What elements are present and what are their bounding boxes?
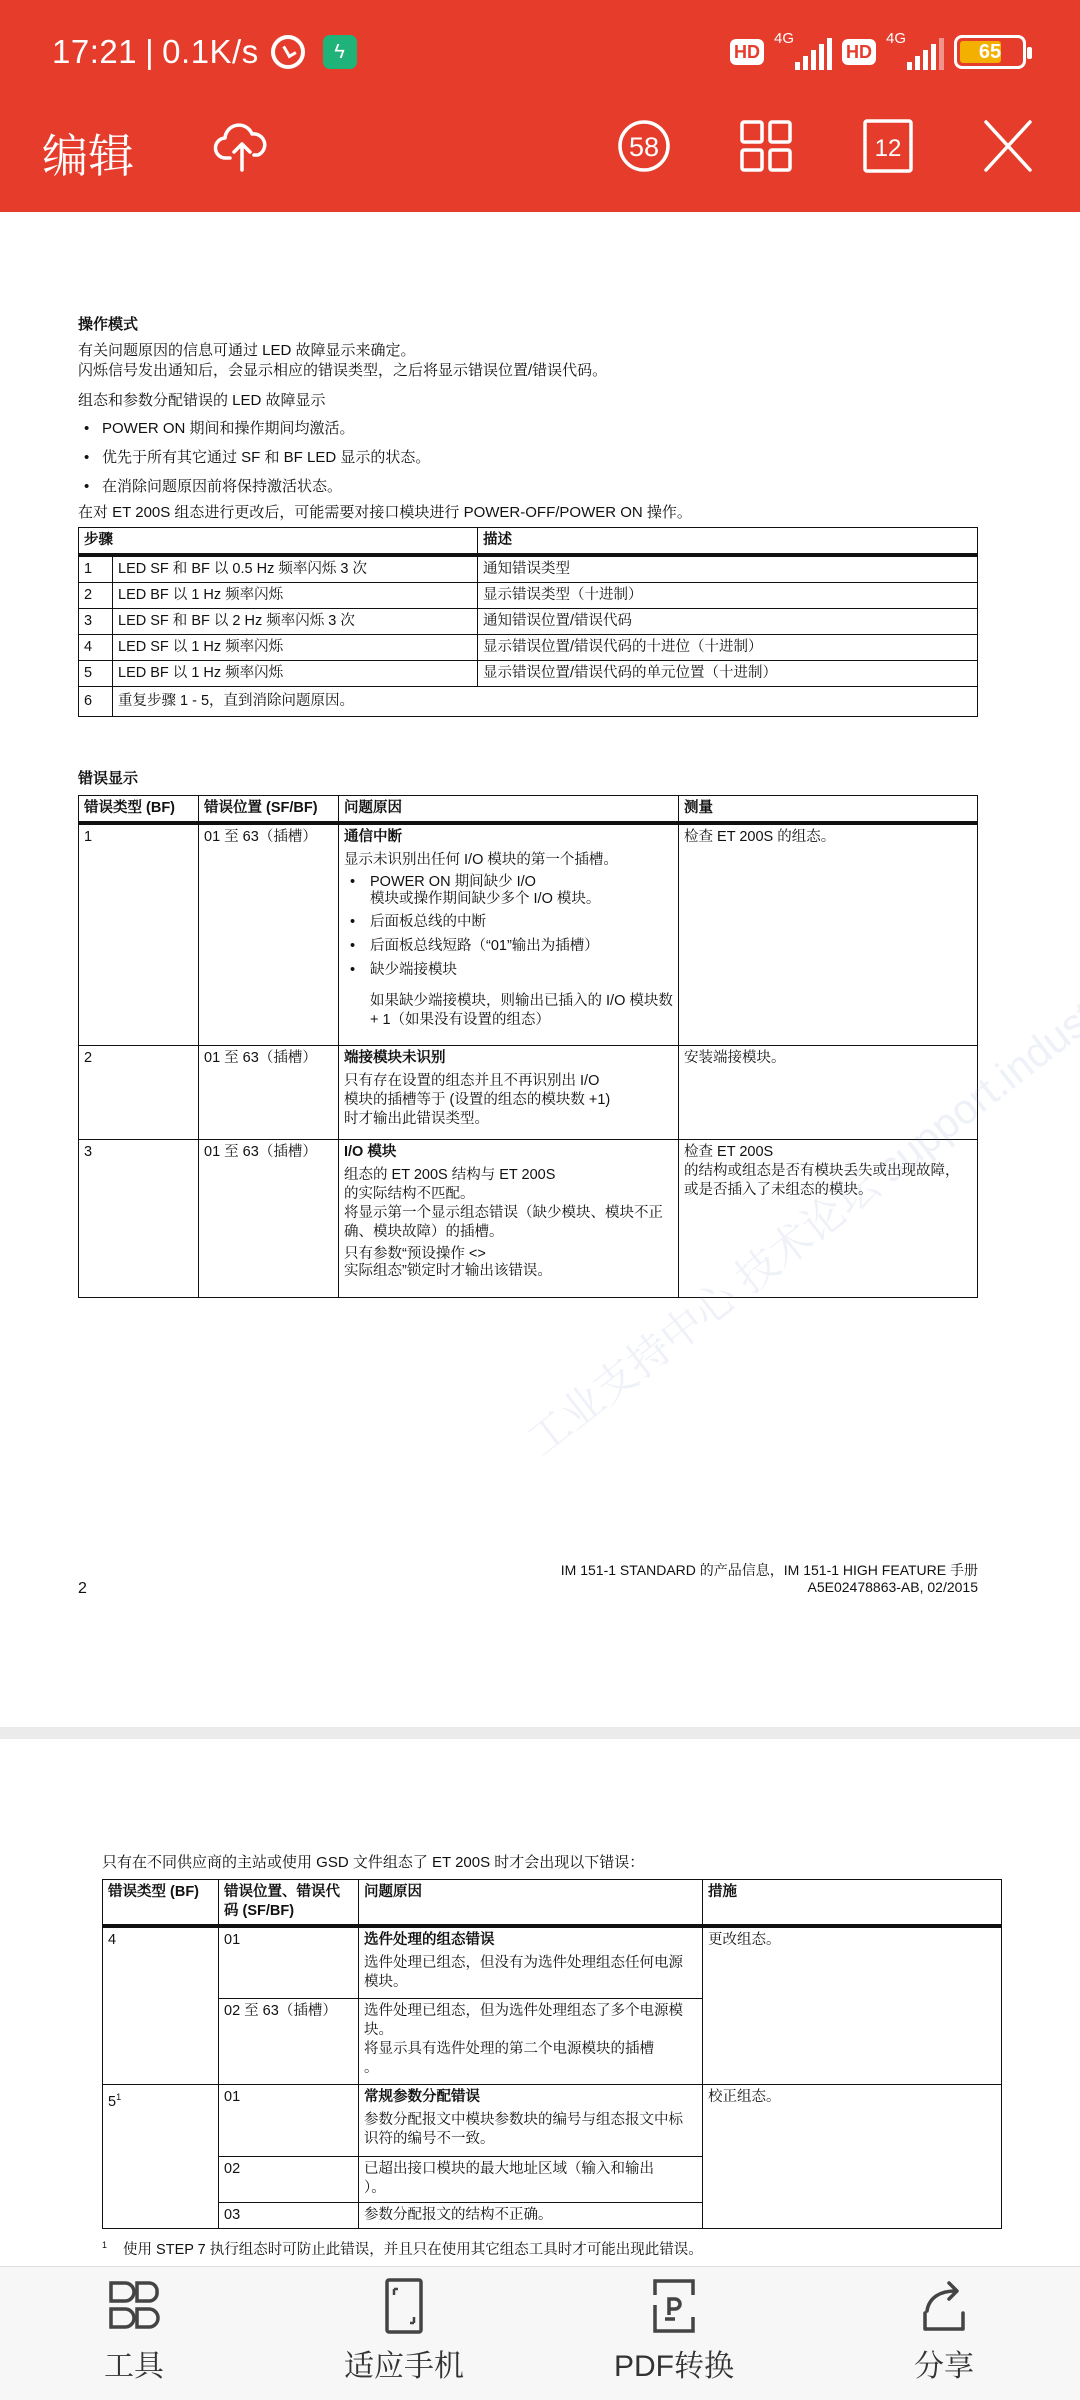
column-header: 测量 xyxy=(679,796,978,824)
nav-pdf-convert[interactable]: PDF转换 xyxy=(584,2277,764,2397)
table-row: 4 01 选件处理的组态错误 选件处理已组态，但没有为选件处理组态任何电源模块。… xyxy=(103,1926,1002,1998)
document-page-2: 只有在不同供应商的主站或使用 GSD 文件组态了 ET 200S 时才会出现以下… xyxy=(0,1739,1080,2259)
table-row: 3LED SF 和 BF 以 2 Hz 频率闪烁 3 次通知错误位置/错误代码 xyxy=(79,609,978,635)
operating-mode-section: 操作模式 有关问题原因的信息可通过 LED 故障显示来确定。 闪烁信号发出通知后… xyxy=(78,315,978,717)
hd-badge-sim2: HD xyxy=(842,39,876,65)
svg-text:12: 12 xyxy=(875,135,902,162)
clock: 17:21 xyxy=(52,33,137,71)
cloud-upload-icon[interactable] xyxy=(212,116,272,176)
paragraph: 在对 ET 200S 组态进行更改后，可能需要对接口模块进行 POWER-OFF… xyxy=(78,503,978,523)
paragraph: 闪烁信号发出通知后，会显示相应的错误类型，之后将显示错误位置/错误代码。 xyxy=(78,361,978,381)
table-row: 4LED SF 以 1 Hz 频率闪烁显示错误位置/错误代码的十进位（十进制） xyxy=(79,635,978,661)
alarm-icon xyxy=(271,35,305,69)
column-header: 错误位置、错误代码 (SF/BF) xyxy=(219,1880,359,1927)
battery-icon: 65 xyxy=(954,35,1026,69)
paragraph: 有关问题原因的信息可通过 LED 故障显示来确定。 xyxy=(78,341,978,361)
column-header: 措施 xyxy=(703,1880,1002,1927)
page-number-icon[interactable]: 12 xyxy=(860,118,916,174)
grid-view-icon[interactable] xyxy=(738,118,794,174)
error-display-section: 错误显示 错误类型 (BF) 错误位置 (SF/BF) 问题原因 测量 1 01… xyxy=(78,769,978,1298)
security-app-icon: ϟ xyxy=(323,35,357,69)
table-row: 6重复步骤 1 - 5，直到消除问题原因。 xyxy=(79,687,978,717)
document-id: A5E02478863-AB, 02/2015 xyxy=(561,1579,978,1596)
bottom-navigation: 工具 适应手机 PDF转换 分享 xyxy=(0,2266,1080,2400)
section-title: 错误显示 xyxy=(78,769,978,789)
table-row: 51 01 常规参数分配错误 参数分配报文中模块参数块的编号与组态报文中标识符的… xyxy=(103,2084,1002,2156)
paragraph: 只有在不同供应商的主站或使用 GSD 文件组态了 ET 200S 时才会出现以下… xyxy=(102,1853,1002,1873)
close-icon[interactable] xyxy=(980,118,1036,174)
table-row: 2LED BF 以 1 Hz 频率闪烁显示错误类型（十进制） xyxy=(79,583,978,609)
edit-button[interactable]: 编辑 xyxy=(42,120,134,186)
table-row: 1 01 至 63（插槽） 通信中断 显示未识别出任何 I/O 模块的第一个插槽… xyxy=(79,823,978,1045)
led-steps-table: 步骤 描述 1LED SF 和 BF 以 0.5 Hz 频率闪烁 3 次通知错误… xyxy=(78,527,978,717)
document-page-1: 操作模式 有关问题原因的信息可通过 LED 故障显示来确定。 闪烁信号发出通知后… xyxy=(0,212,1080,1727)
tools-grid-icon xyxy=(105,2277,163,2335)
hd-badge-sim1: HD xyxy=(730,39,764,65)
network-speed: 0.1K/s xyxy=(162,33,259,71)
status-bar: 17:21 | 0.1K/s ϟ HD 4G HD 4G 65 xyxy=(0,28,1080,76)
status-separator: | xyxy=(145,33,154,71)
table-row: 3 01 至 63（插槽） I/O 模块 组态的 ET 200S 结构与 ET … xyxy=(79,1139,978,1297)
signal-icon-sim1: 4G xyxy=(774,32,832,72)
error-display-table: 错误类型 (BF) 错误位置 (SF/BF) 问题原因 测量 1 01 至 63… xyxy=(78,795,978,1298)
nav-share[interactable]: 分享 xyxy=(854,2277,1034,2397)
column-header: 错误位置 (SF/BF) xyxy=(199,796,339,824)
column-header: 步骤 xyxy=(79,528,478,556)
page-number: 2 xyxy=(78,1580,87,1597)
bullet-item: 优先于所有其它通过 SF 和 BF LED 显示的状态。 xyxy=(78,448,978,468)
gsd-error-table: 错误类型 (BF) 错误位置、错误代码 (SF/BF) 问题原因 措施 4 01… xyxy=(102,1879,1002,2229)
nav-fit-phone[interactable]: 适应手机 xyxy=(314,2277,494,2397)
page-count-icon[interactable]: 58 xyxy=(616,118,672,174)
column-header: 问题原因 xyxy=(339,796,679,824)
app-header: 17:21 | 0.1K/s ϟ HD 4G HD 4G 65 编辑 xyxy=(0,0,1080,212)
bullet-list: POWER ON 期间和操作期间均激活。 优先于所有其它通过 SF 和 BF L… xyxy=(78,419,978,497)
table-row: 2 01 至 63（插槽） 端接模块未识别 只有存在设置的组态并且不再识别出 I… xyxy=(79,1045,978,1139)
bullet-item: 在消除问题原因前将保持激活状态。 xyxy=(78,477,978,497)
column-header: 错误类型 (BF) xyxy=(79,796,199,824)
column-header: 问题原因 xyxy=(359,1880,703,1927)
footnote: 1使用 STEP 7 执行组态时可防止此错误，并且只在使用其它组态工具时才可能出… xyxy=(102,2235,1002,2260)
gsd-errors-section: 只有在不同供应商的主站或使用 GSD 文件组态了 ET 200S 时才会出现以下… xyxy=(102,1853,1002,2259)
table-row: 5LED BF 以 1 Hz 频率闪烁显示错误位置/错误代码的单元位置（十进制） xyxy=(79,661,978,687)
share-icon xyxy=(915,2277,973,2335)
column-header: 错误类型 (BF) xyxy=(103,1880,219,1927)
bullet-item: POWER ON 期间和操作期间均激活。 xyxy=(78,419,978,439)
column-header: 描述 xyxy=(478,528,978,556)
paragraph: 组态和参数分配错误的 LED 故障显示 xyxy=(78,391,978,411)
manual-title: IM 151-1 STANDARD 的产品信息，IM 151-1 HIGH FE… xyxy=(561,1562,978,1579)
svg-text:58: 58 xyxy=(629,132,659,162)
section-title: 操作模式 xyxy=(78,315,978,335)
table-row: 1LED SF 和 BF 以 0.5 Hz 频率闪烁 3 次通知错误类型 xyxy=(79,555,978,583)
pdf-convert-icon xyxy=(645,2277,703,2335)
page-separator xyxy=(0,1727,1080,1739)
document-toolbar: 编辑 58 12 xyxy=(0,108,1080,188)
nav-tools[interactable]: 工具 xyxy=(44,2277,224,2397)
signal-icon-sim2: 4G xyxy=(886,32,944,72)
fit-phone-icon xyxy=(375,2277,433,2335)
